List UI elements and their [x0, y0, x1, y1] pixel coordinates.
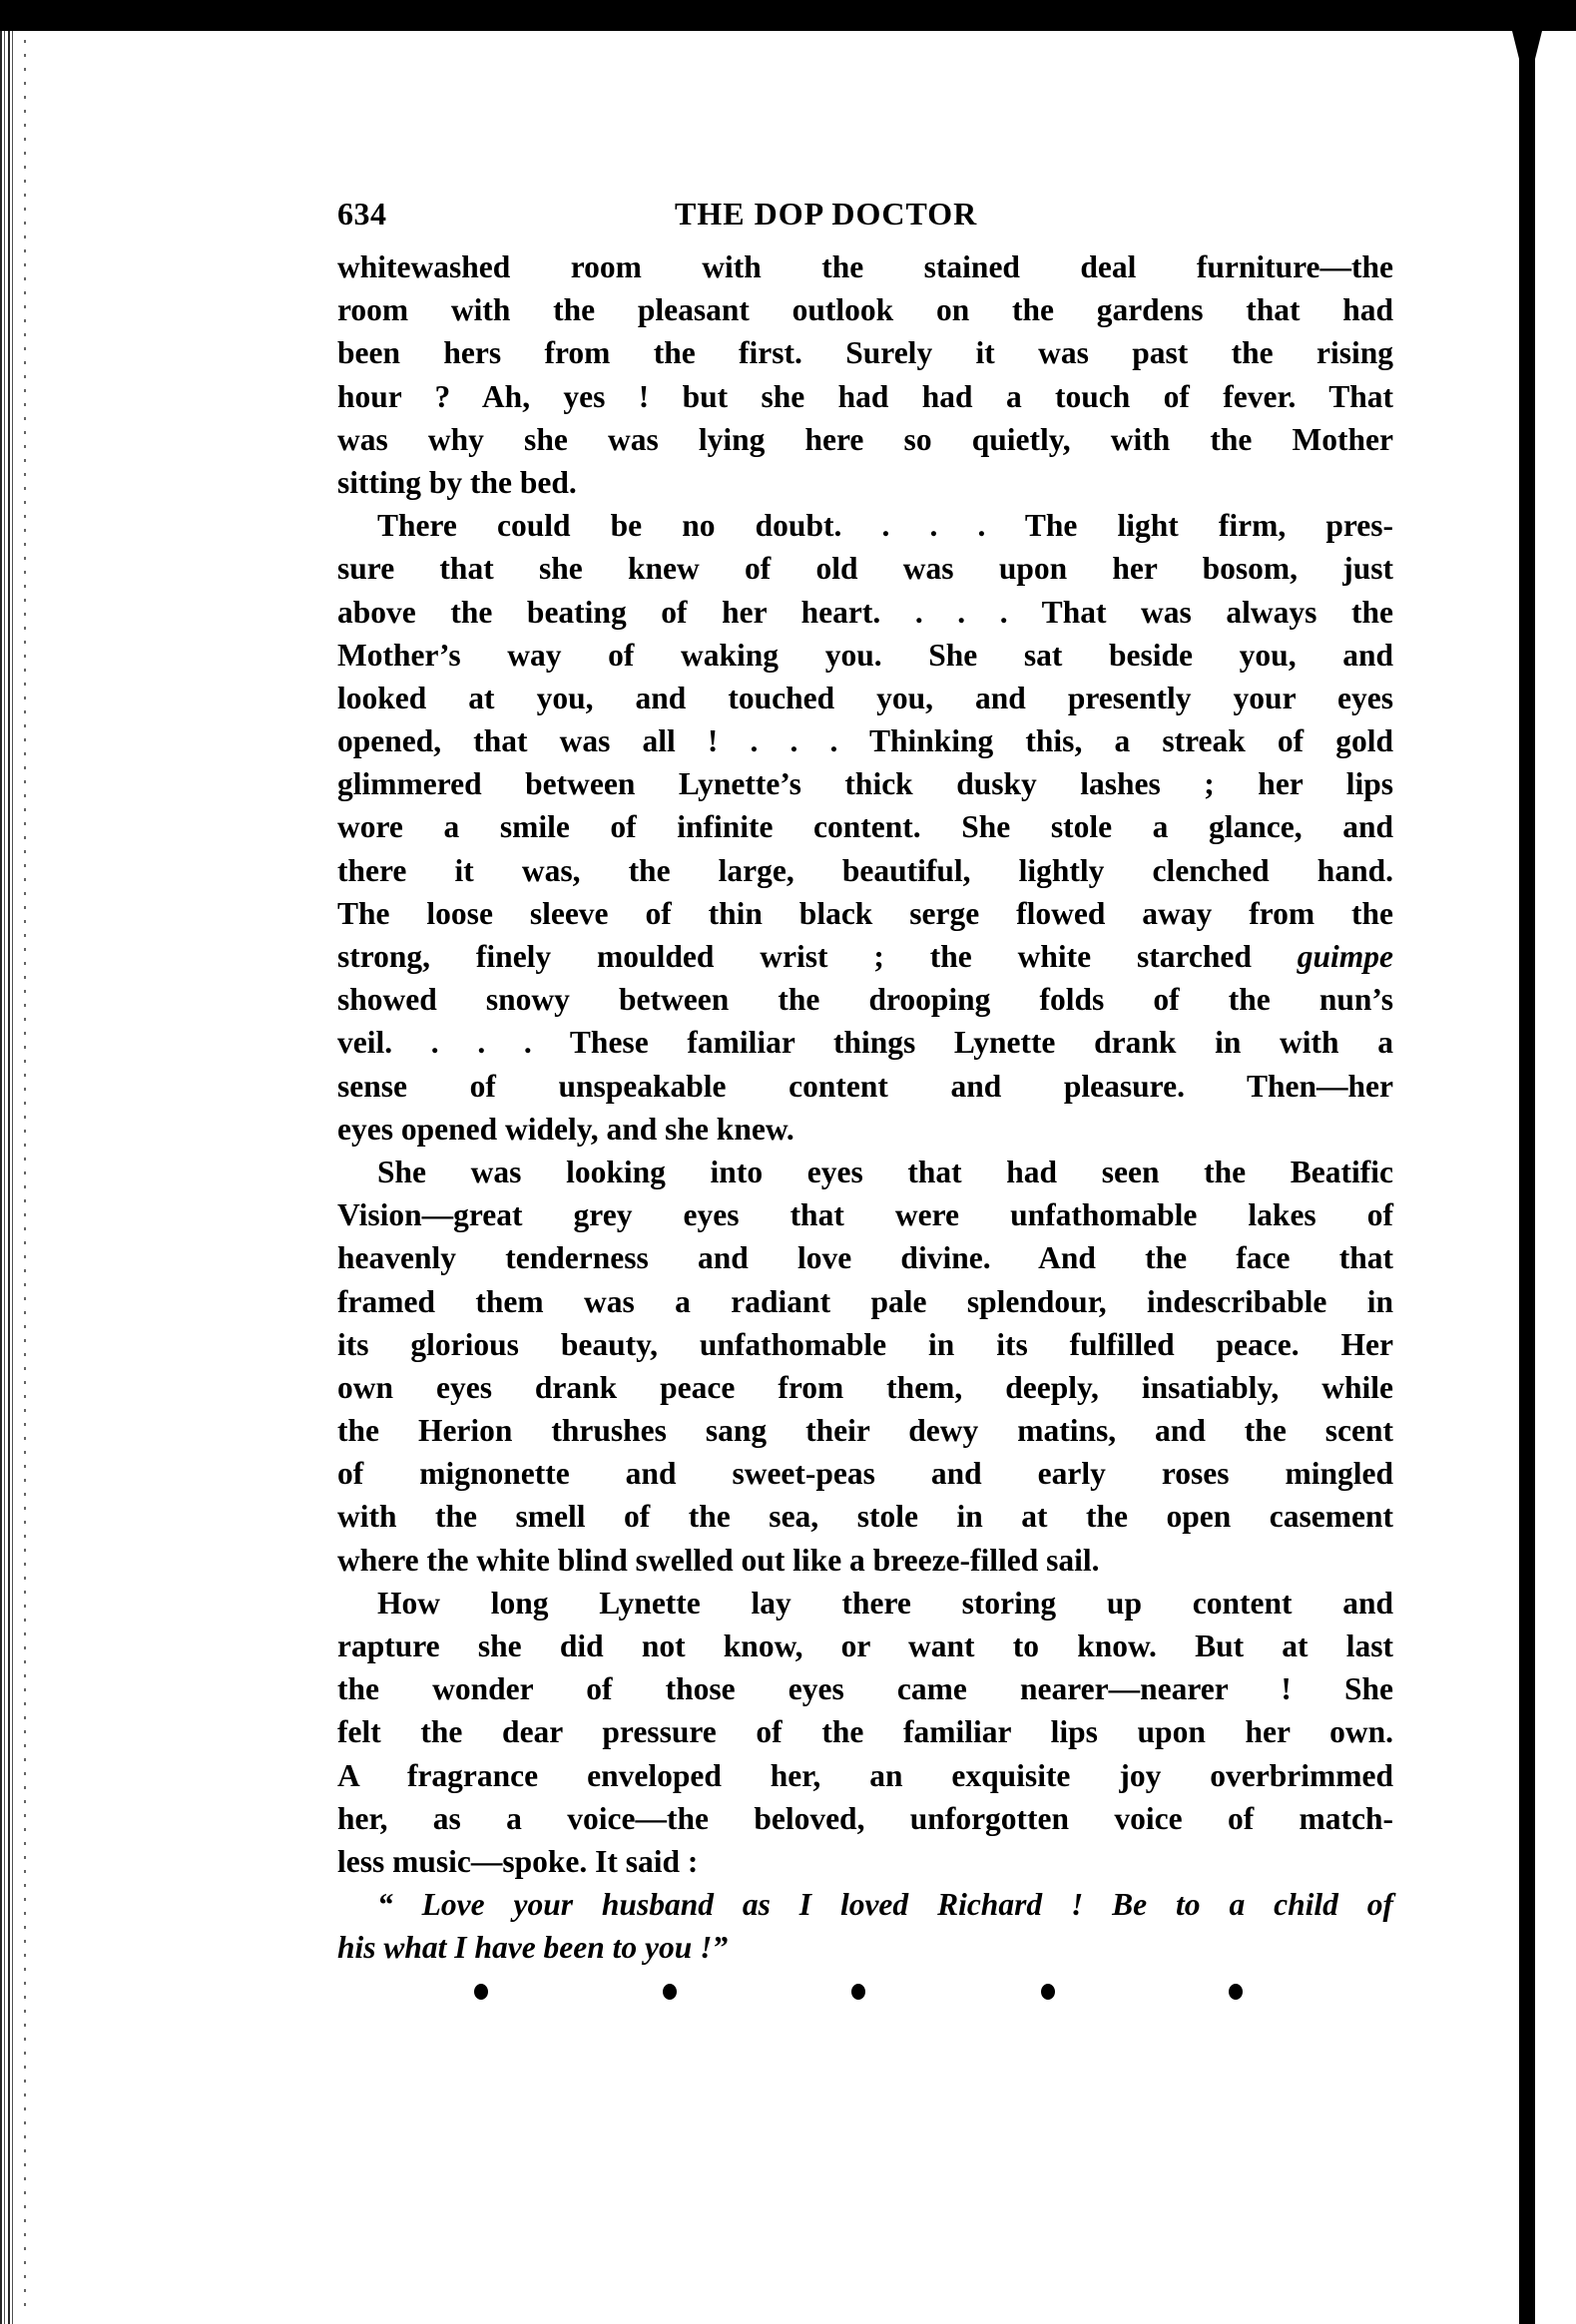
section-break — [337, 1976, 1393, 2026]
text-line: The loose sleeve of thin black serge flo… — [337, 892, 1393, 935]
text-line: framed them was a radiant pale splendour… — [337, 1280, 1393, 1323]
text-line: hour ? Ah, yes ! but she had had a touch… — [337, 375, 1393, 418]
text-line: A fragrance enveloped her, an exquisite … — [337, 1754, 1393, 1797]
text-line: the wonder of those eyes came nearer—nea… — [337, 1667, 1393, 1710]
body-text: whitewashed room with the stained deal f… — [337, 245, 1393, 1970]
italic-word: guimpe — [1298, 939, 1393, 974]
text-line: its glorious beauty, unfathomable in its… — [337, 1323, 1393, 1366]
text-line: above the beating of her heart. . . . Th… — [337, 591, 1393, 634]
text-line: showed snowy between the drooping folds … — [337, 978, 1393, 1021]
text-line: glimmered between Lynette’s thick dusky … — [337, 762, 1393, 805]
scan-left-edge-noise — [0, 31, 16, 2324]
text-line: been hers from the first. Surely it was … — [337, 331, 1393, 374]
text-line: there it was, the large, beautiful, ligh… — [337, 849, 1393, 892]
text-line: veil. . . . These familiar things Lynett… — [337, 1021, 1393, 1064]
text-line: sense of unspeakable content and pleasur… — [337, 1065, 1393, 1108]
scan-top-border — [0, 0, 1576, 31]
text-line: room with the pleasant outlook on the ga… — [337, 288, 1393, 331]
text-line: whitewashed room with the stained deal f… — [337, 245, 1393, 288]
text-line: was why she was lying here so quietly, w… — [337, 418, 1393, 461]
text-line: How long Lynette lay there storing up co… — [337, 1582, 1393, 1625]
scan-binding-edge — [1519, 31, 1535, 2324]
text-line: wore a smile of infinite content. She st… — [337, 805, 1393, 848]
paragraph: There could be no doubt. . . . The light… — [337, 504, 1393, 1151]
text-line: felt the dear pressure of the familiar l… — [337, 1710, 1393, 1753]
text-line: Vision—great grey eyes that were unfatho… — [337, 1193, 1393, 1236]
section-break-dot-icon — [663, 1984, 677, 2000]
text-line: own eyes drank peace from them, deeply, … — [337, 1366, 1393, 1409]
section-break-dot-icon — [1229, 1984, 1243, 2000]
section-break-dot-icon — [1041, 1984, 1055, 2000]
text-line: opened, that was all ! . . . Thinking th… — [337, 719, 1393, 762]
text-line: her, as a voice—the beloved, unforgotten… — [337, 1797, 1393, 1840]
paragraph: She was looking into eyes that had seen … — [337, 1151, 1393, 1582]
paragraph: How long Lynette lay there storing up co… — [337, 1582, 1393, 1883]
text-line: sure that she knew of old was upon her b… — [337, 547, 1393, 590]
text-line: There could be no doubt. . . . The light… — [337, 504, 1393, 547]
text-line: his what I have been to you !” — [337, 1926, 1393, 1969]
text-line: the Herion thrushes sang their dewy mati… — [337, 1409, 1393, 1452]
text-line: sitting by the bed. — [337, 461, 1393, 504]
section-break-dot-icon — [851, 1984, 865, 2000]
paragraph: whitewashed room with the stained deal f… — [337, 245, 1393, 504]
text-line: heavenly tenderness and love divine. And… — [337, 1236, 1393, 1279]
book-page: 634 THE DOP DOCTOR whitewashed room with… — [337, 196, 1393, 2026]
text-line: She was looking into eyes that had seen … — [337, 1151, 1393, 1193]
text-line: with the smell of the sea, stole in at t… — [337, 1495, 1393, 1538]
text-line: less music—spoke. It said : — [337, 1840, 1393, 1883]
text-line-guimpe: strong, finely moulded wrist ; the white… — [337, 935, 1393, 978]
page-number: 634 — [337, 196, 387, 232]
scan-left-dots — [24, 40, 26, 2315]
text-line: rapture she did not know, or want to kno… — [337, 1625, 1393, 1667]
text-line: “ Love your husband as I loved Richard !… — [337, 1883, 1393, 1926]
text-line: where the white blind swelled out like a… — [337, 1539, 1393, 1582]
text-line: Mother’s way of waking you. She sat besi… — [337, 634, 1393, 677]
book-title: THE DOP DOCTOR — [675, 196, 1074, 232]
text-line: eyes opened widely, and she knew. — [337, 1108, 1393, 1151]
text-line: of mignonette and sweet-peas and early r… — [337, 1452, 1393, 1495]
text-line: looked at you, and touched you, and pres… — [337, 677, 1393, 719]
quoted-speech: “ Love your husband as I loved Richard !… — [337, 1883, 1393, 1969]
section-break-dot-icon — [474, 1984, 488, 2000]
running-head: 634 THE DOP DOCTOR — [337, 196, 1393, 245]
